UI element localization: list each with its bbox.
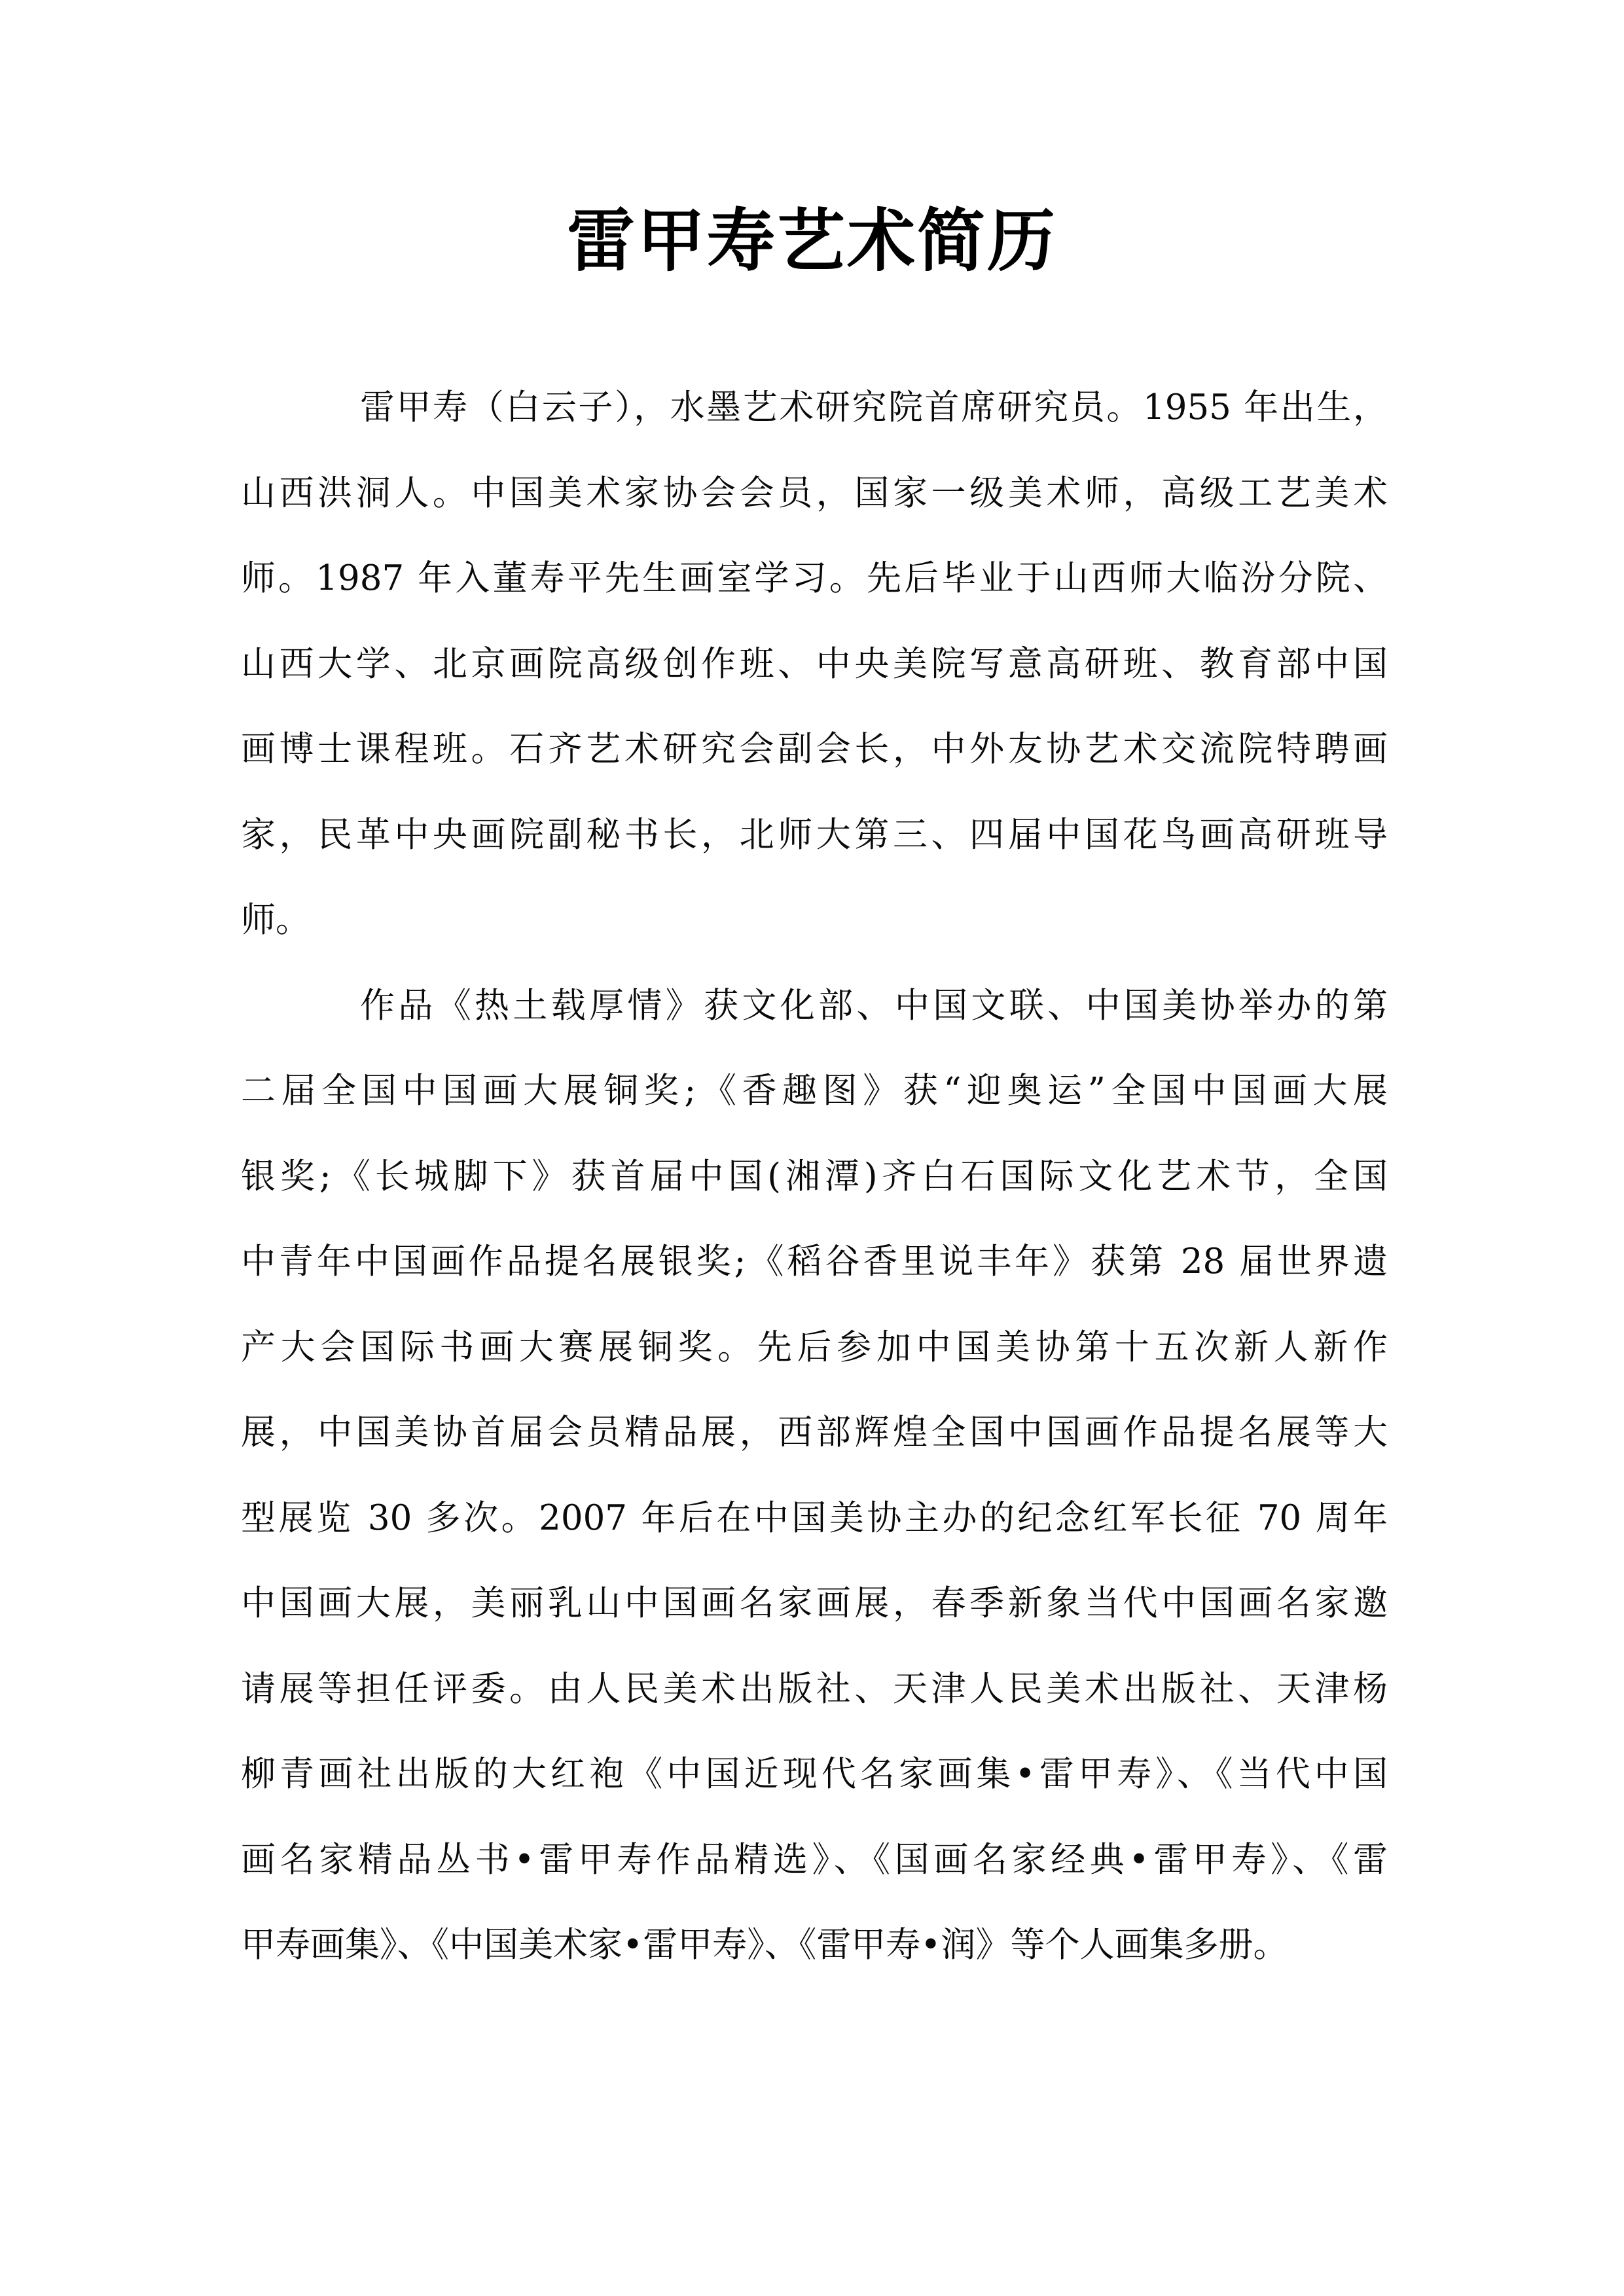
text-line: 中青年中国画作品提名展银奖;《稻谷香里说丰年》获第 28 届世界遗 [241, 1219, 1388, 1305]
text-line: 型展览 30 多次。2007 年后在中国美协主办的纪念红军长征 70 周年 [241, 1476, 1388, 1562]
text-line: 画名家精品丛书•雷甲寿作品精选》、《国画名家经典•雷甲寿》、《雷 [241, 1818, 1388, 1903]
document-body: 雷甲寿（白云子），水墨艺术研究院首席研究员。1955 年出生，山西洪洞人。中国美… [241, 365, 1388, 1988]
text-line: 师。1987 年入董寿平先生画室学习。先后毕业于山西师大临汾分院、 [241, 536, 1388, 622]
text-line: 作品《热土载厚情》获文化部、中国文联、中国美协举办的第 [241, 963, 1388, 1049]
text-line: 请展等担任评委。由人民美术出版社、天津人民美术出版社、天津杨 [241, 1647, 1388, 1732]
paragraph: 作品《热土载厚情》获文化部、中国文联、中国美协举办的第二届全国中国画大展铜奖;《… [241, 963, 1388, 1988]
text-line: 师。 [241, 878, 1388, 963]
text-line: 雷甲寿（白云子），水墨艺术研究院首席研究员。1955 年出生， [241, 365, 1388, 451]
text-line: 甲寿画集》、《中国美术家•雷甲寿》、《雷甲寿•润》等个人画集多册。 [241, 1903, 1388, 1988]
text-line: 产大会国际书画大赛展铜奖。先后参加中国美协第十五次新人新作 [241, 1305, 1388, 1391]
text-line: 山西洪洞人。中国美术家协会会员，国家一级美术师，高级工艺美术 [241, 451, 1388, 537]
document-title: 雷甲寿艺术简历 [0, 202, 1624, 280]
document-page: 雷甲寿艺术简历 雷甲寿（白云子），水墨艺术研究院首席研究员。1955 年出生，山… [0, 0, 1624, 2296]
text-line: 银奖;《长城脚下》获首届中国(湘潭)齐白石国际文化艺术节，全国 [241, 1134, 1388, 1220]
paragraph: 雷甲寿（白云子），水墨艺术研究院首席研究员。1955 年出生，山西洪洞人。中国美… [241, 365, 1388, 963]
text-line: 画博士课程班。石齐艺术研究会副会长，中外友协艺术交流院特聘画 [241, 707, 1388, 793]
text-line: 家，民革中央画院副秘书长，北师大第三、四届中国花鸟画高研班导 [241, 793, 1388, 878]
text-line: 展，中国美协首届会员精品展，西部辉煌全国中国画作品提名展等大 [241, 1390, 1388, 1476]
text-line: 二届全国中国画大展铜奖;《香趣图》获“迎奥运”全国中国画大展 [241, 1049, 1388, 1134]
text-line: 柳青画社出版的大红袍《中国近现代名家画集•雷甲寿》、《当代中国 [241, 1732, 1388, 1818]
text-line: 中国画大展，美丽乳山中国画名家画展，春季新象当代中国画名家邀 [241, 1561, 1388, 1647]
text-line: 山西大学、北京画院高级创作班、中央美院写意高研班、教育部中国 [241, 622, 1388, 708]
